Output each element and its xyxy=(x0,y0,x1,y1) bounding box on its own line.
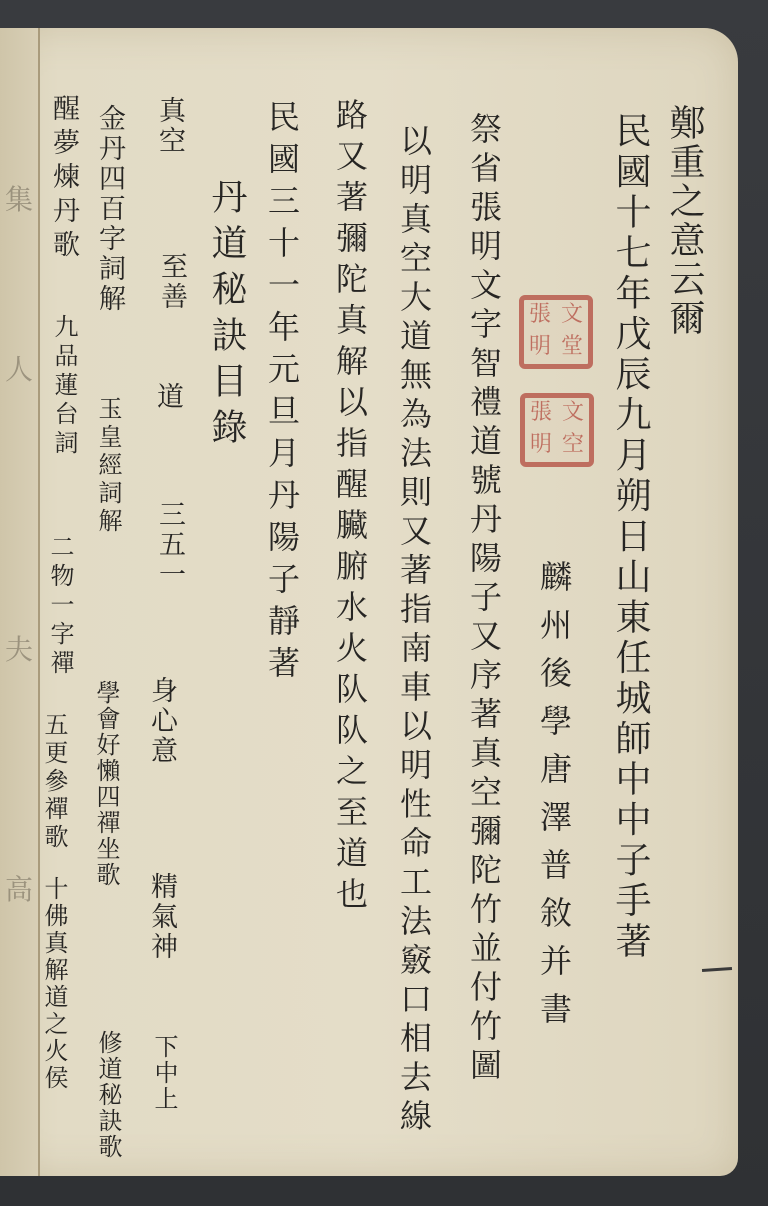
seal-char: 空 xyxy=(557,430,589,462)
toc-item: 十佛真解道之火侯 xyxy=(42,876,66,1092)
toc-item: 學會好懶四禪坐歌 xyxy=(94,680,118,888)
preface-column-4: 以明真空大道無為法則又著指南車以明性命工法竅口相去線 xyxy=(398,124,430,1138)
bleed-through-text: 人 xyxy=(2,348,36,388)
seal-char: 張 xyxy=(525,398,557,430)
preface-column-3: 祭省張明文字智禮道號丹陽子又序著真空彌陀竹並付竹圖 xyxy=(468,112,500,1087)
red-seal-stamp-1: 張 文 明 堂 xyxy=(519,295,593,369)
toc-item: 精氣神 xyxy=(148,872,175,962)
red-seal-stamp-2: 張 文 明 空 xyxy=(520,393,594,467)
bleed-through-text: 高 xyxy=(2,868,36,908)
previous-page-edge: 集 人 夫 高 xyxy=(0,28,40,1176)
toc-item: 二物一字禪 xyxy=(48,534,72,679)
toc-item: 九品蓮台詞 xyxy=(52,314,76,459)
toc-item: 三五一 xyxy=(156,500,183,590)
toc-item: 至善 xyxy=(158,252,185,312)
seal-char: 明 xyxy=(524,332,556,364)
toc-item: 玉皇經詞解 xyxy=(96,396,120,536)
preface-date-column: 民國三十一年元旦月丹陽子靜著 xyxy=(266,100,298,688)
toc-item: 五更參禪歌 xyxy=(42,712,66,852)
toc-item: 下中上 xyxy=(152,1034,176,1112)
seal-char: 文 xyxy=(556,300,588,332)
seal-char: 張 xyxy=(524,300,556,332)
preface-column-1: 鄭重之意云爾 xyxy=(666,104,702,338)
toc-item: 金丹四百字詞解 xyxy=(96,104,123,314)
seal-char: 文 xyxy=(557,398,589,430)
preface-column-2: 民國十七年戊辰九月朔日山東任城師中中子手著 xyxy=(612,112,648,963)
toc-item: 身心意 xyxy=(148,676,175,766)
bleed-through-text: 夫 xyxy=(2,628,36,668)
seal-char: 明 xyxy=(525,430,557,462)
toc-item: 真空 xyxy=(156,96,183,156)
toc-item: 醒夢煉丹歌 xyxy=(50,94,77,264)
toc-item: 道 xyxy=(154,382,181,412)
preface-column-5: 路又著彌陀真解以指醒臟腑水火队队之至道也 xyxy=(334,98,366,918)
preface-signature-column: 麟州後學唐澤普敘并書 xyxy=(538,560,570,1040)
toc-item: 修道秘訣歌 xyxy=(96,1030,120,1160)
bleed-through-text: 集 xyxy=(2,178,36,218)
seal-char: 堂 xyxy=(556,332,588,364)
toc-title: 丹道秘訣目錄 xyxy=(208,178,244,454)
